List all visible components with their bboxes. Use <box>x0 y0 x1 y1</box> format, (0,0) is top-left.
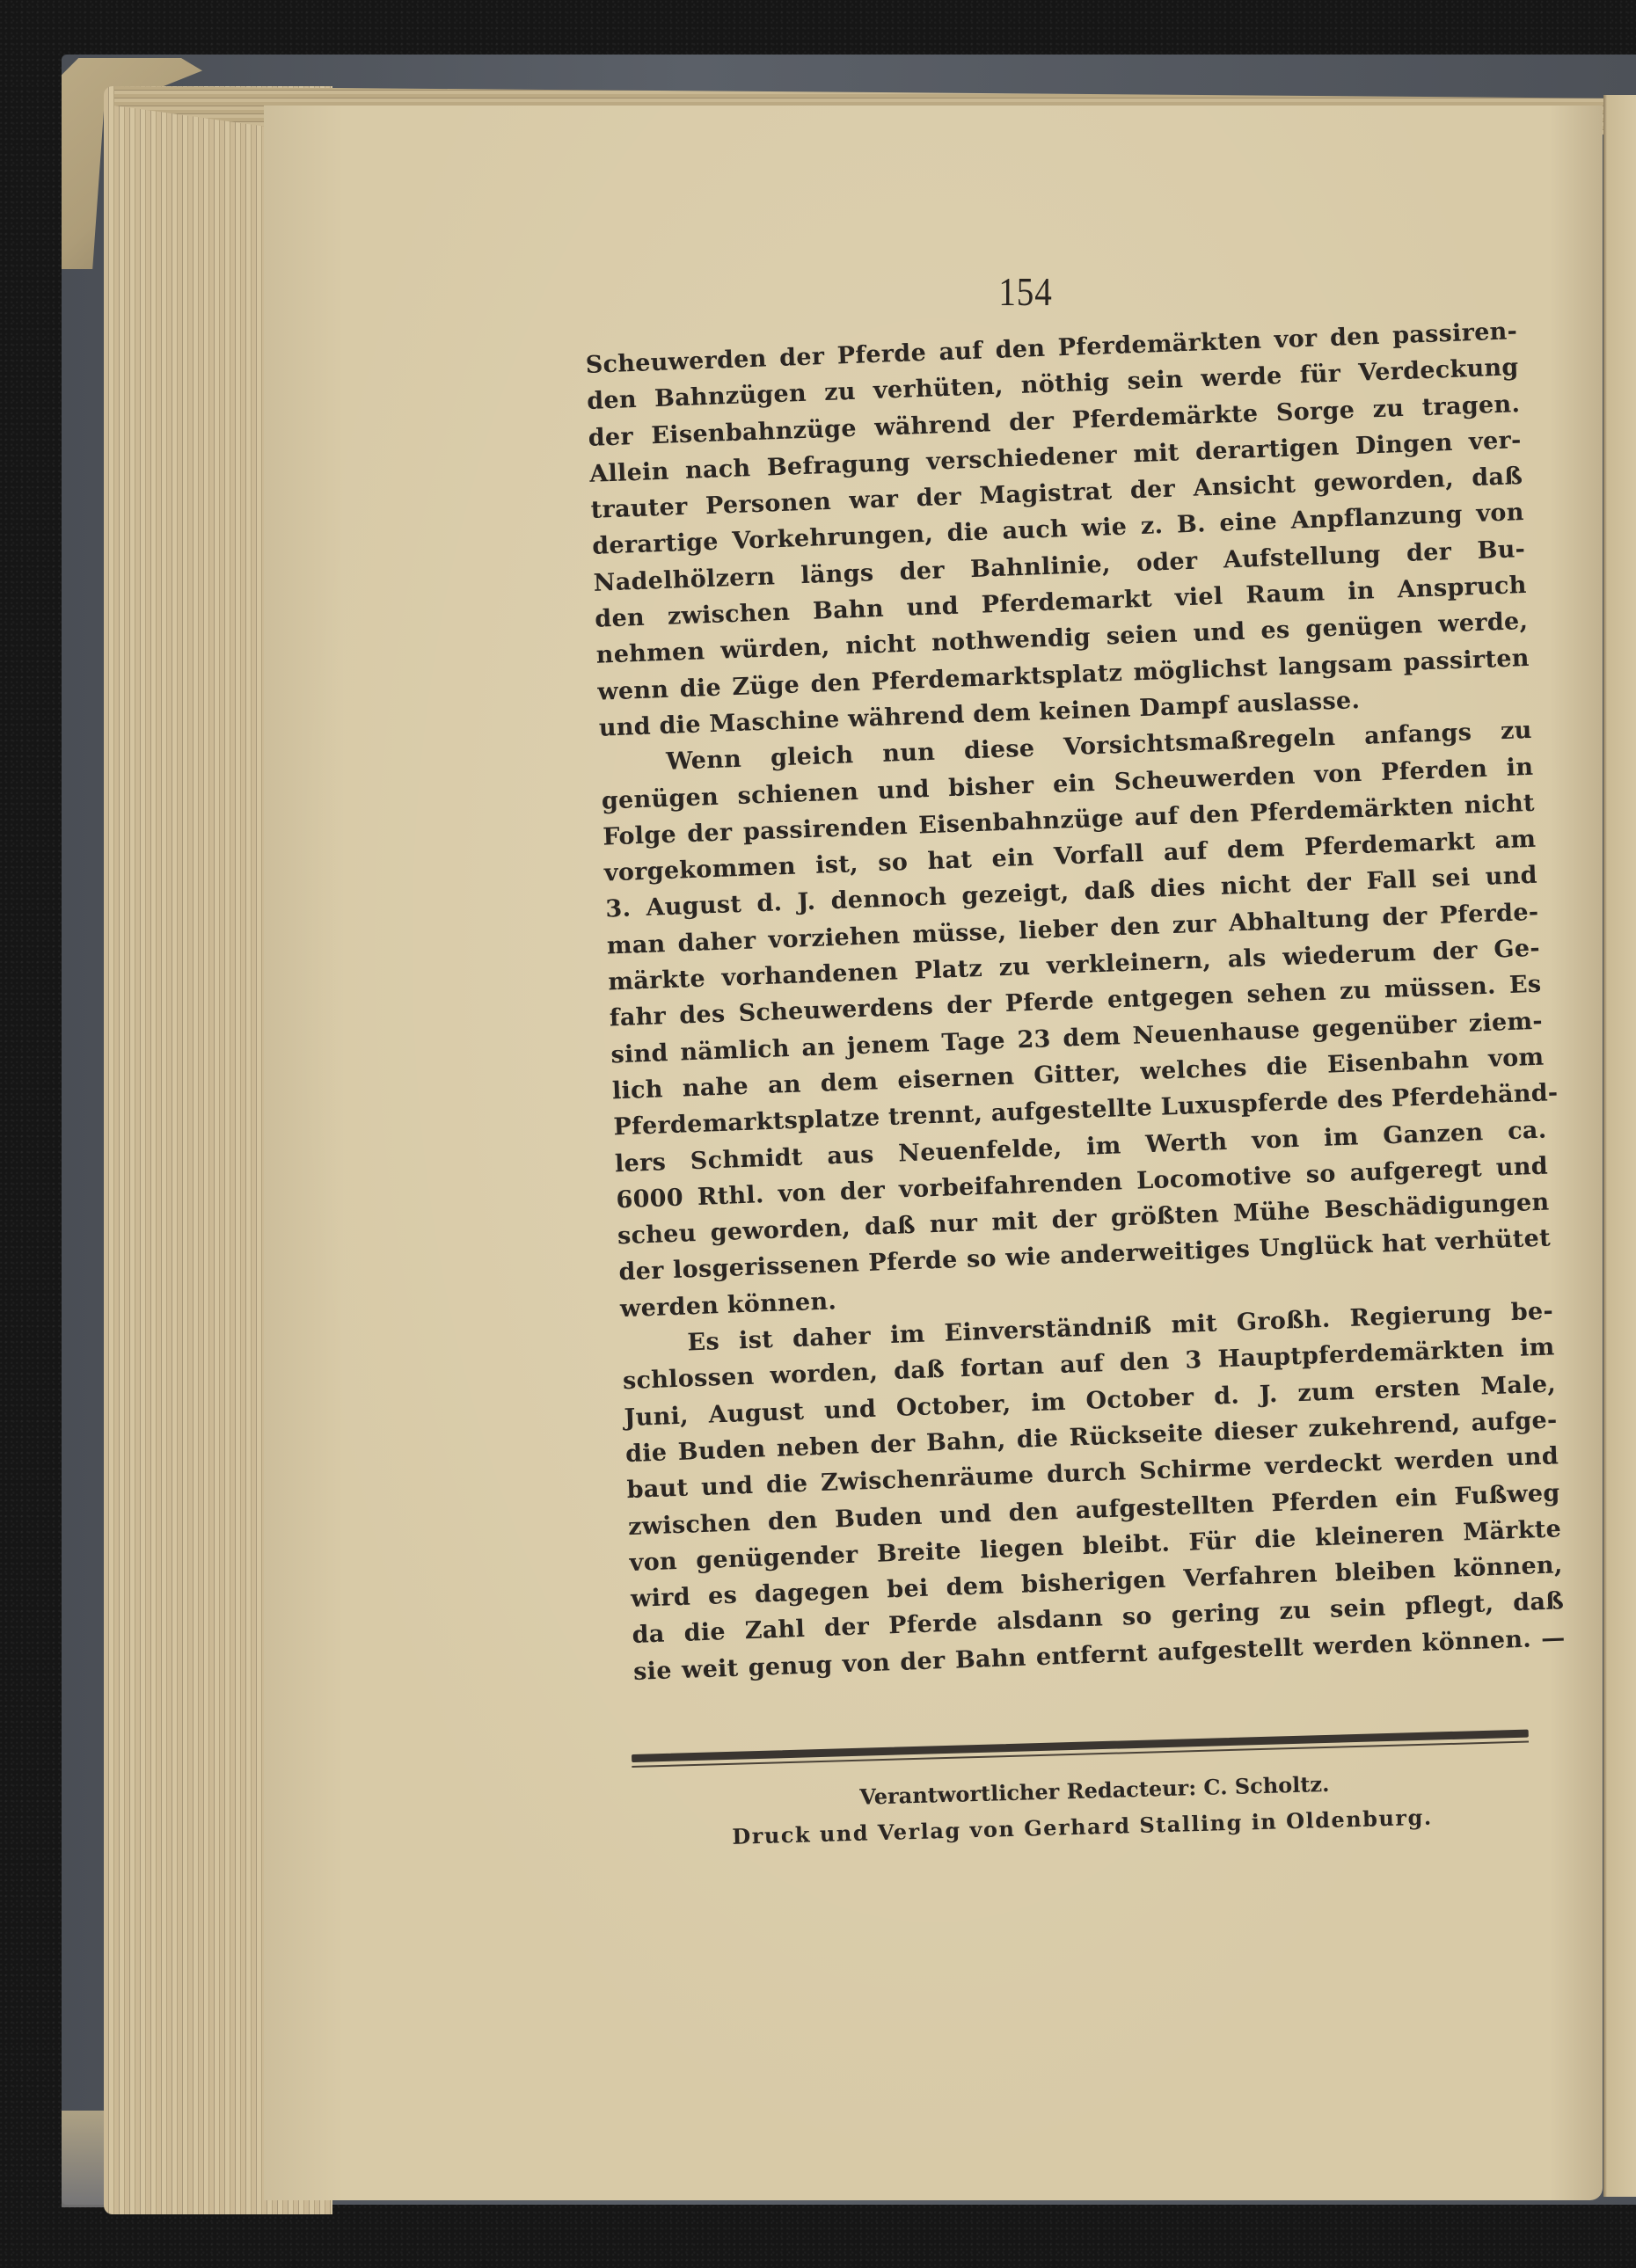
page-number: 154 <box>998 268 1052 315</box>
facing-page-edge <box>1603 95 1636 2197</box>
body-text: Scheuwerden der Pferde auf den Pferdemär… <box>585 313 1566 1690</box>
